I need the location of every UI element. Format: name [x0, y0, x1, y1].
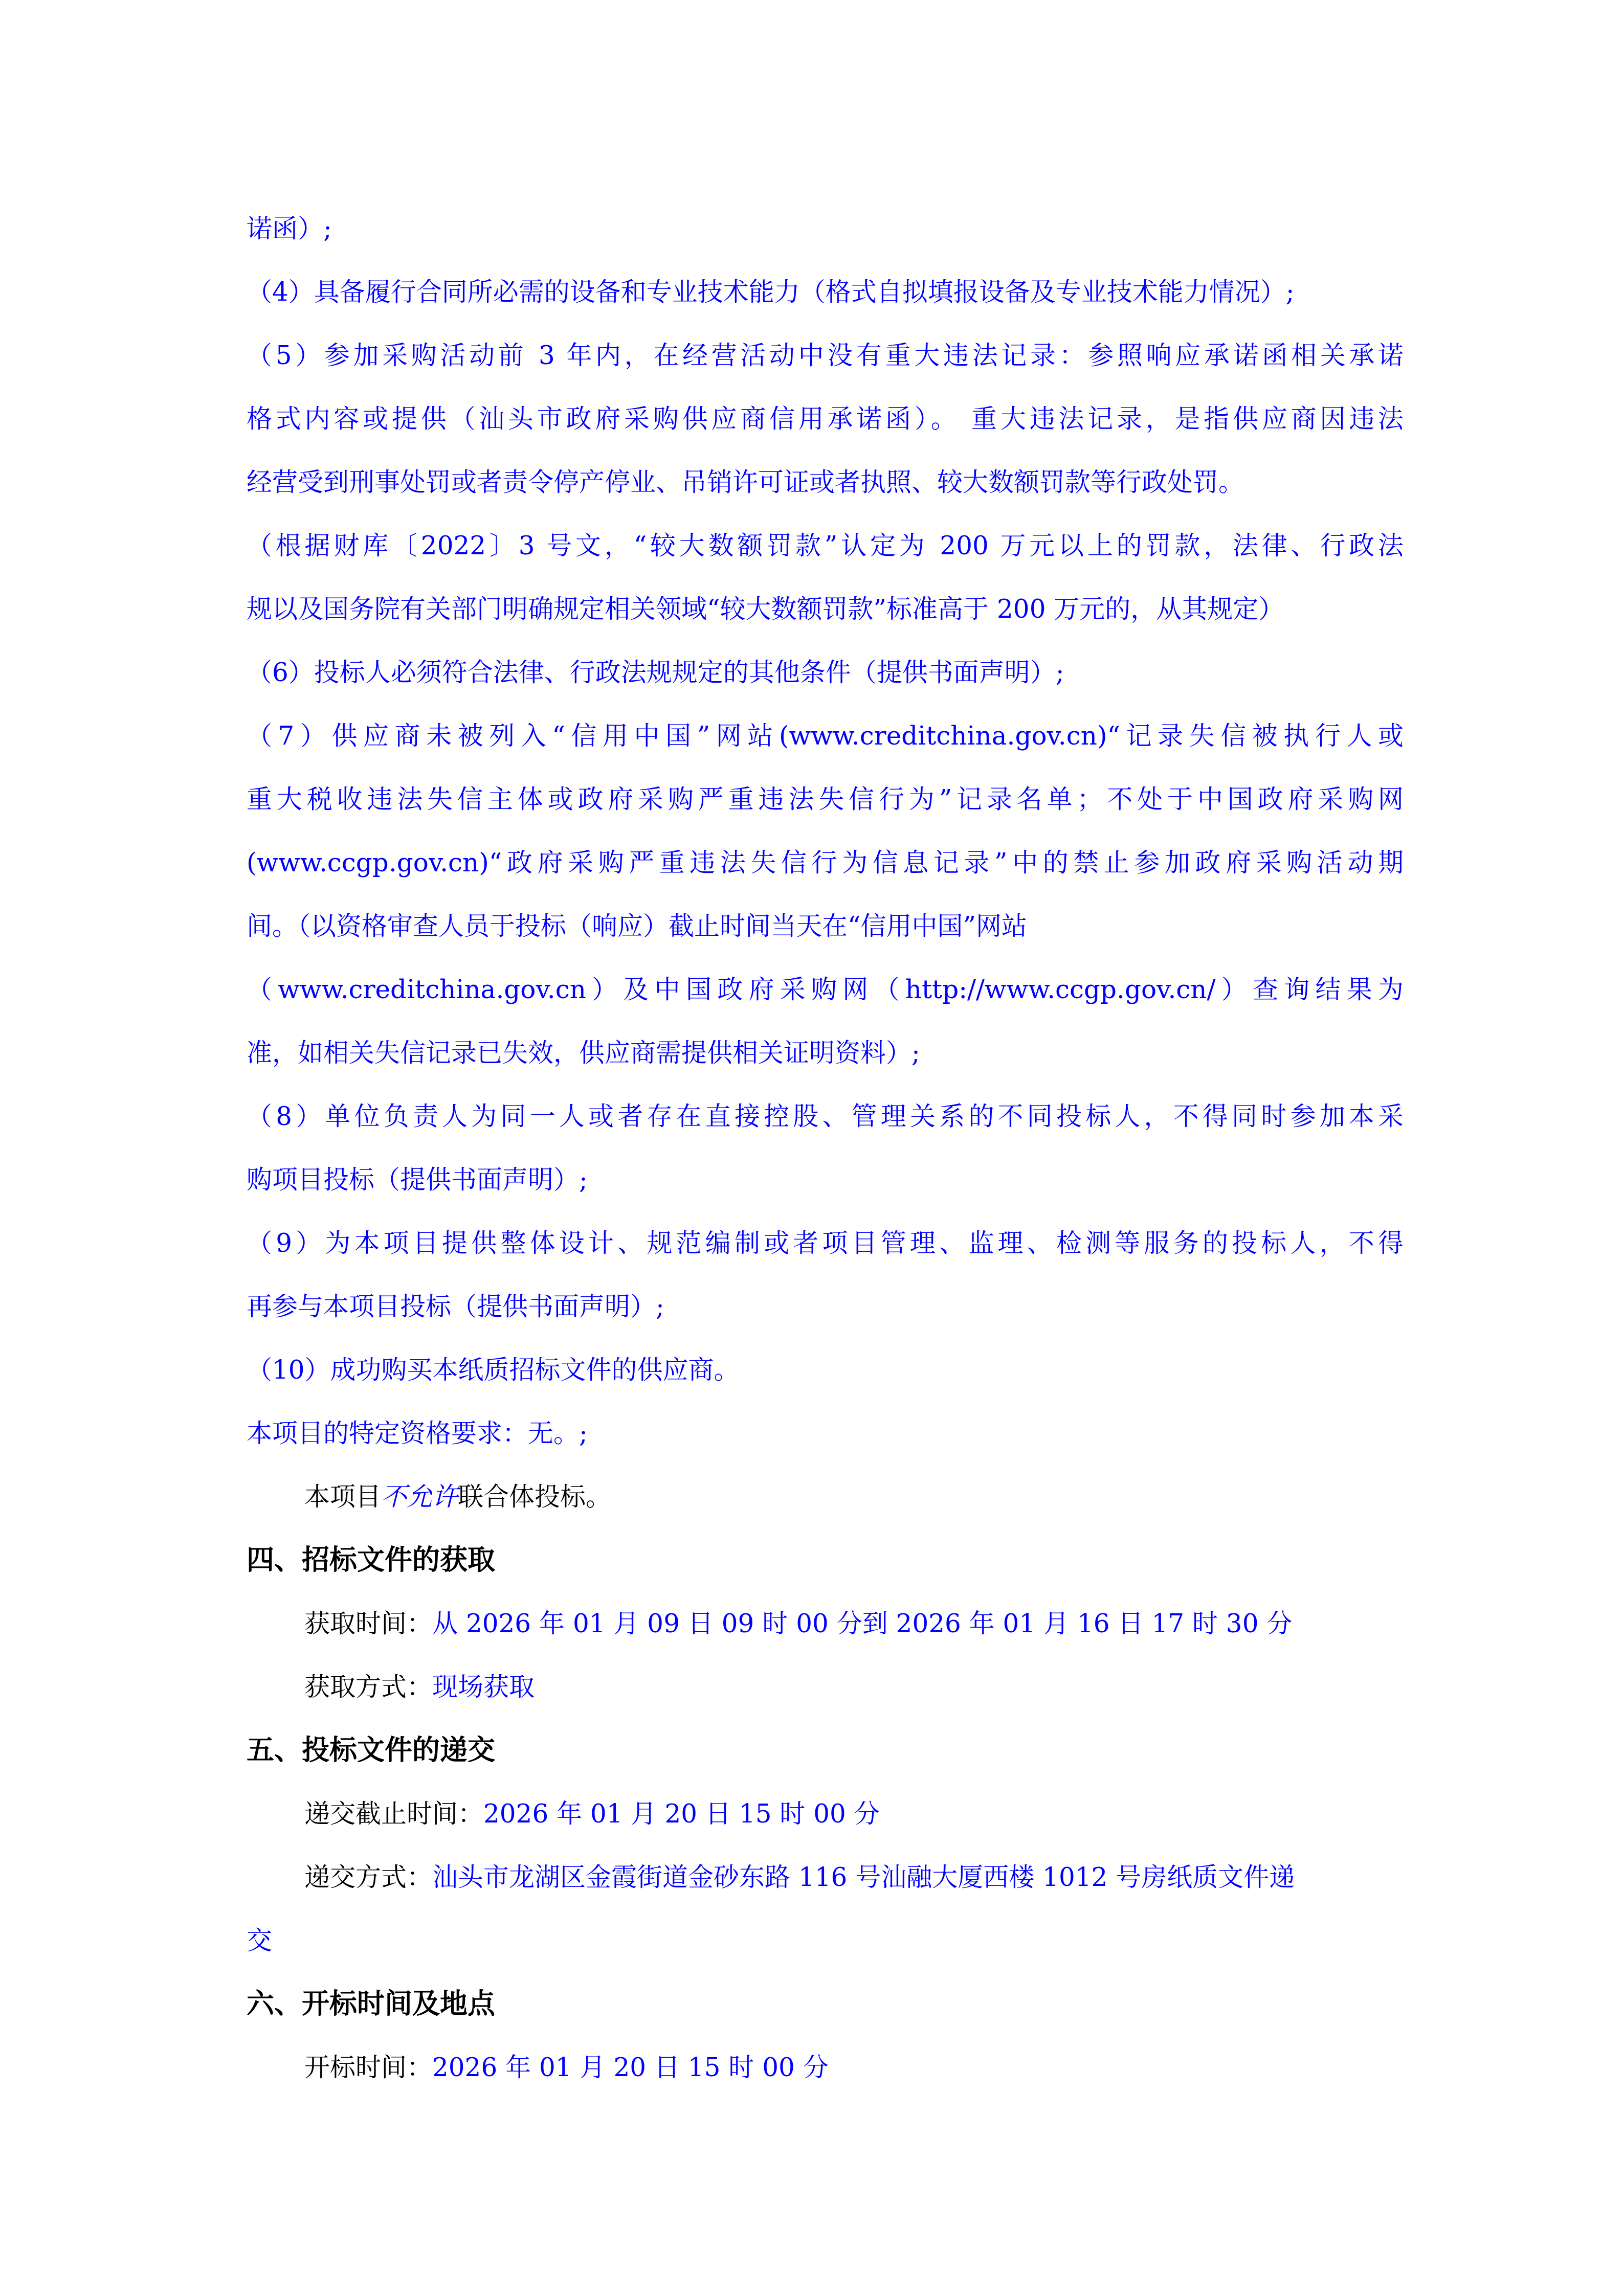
acquisition-method: 获取方式：现场获取: [247, 1669, 1404, 1732]
submission-method: 递交方式：汕头市龙湖区金霞街道金砂东路 116 号汕融大厦西楼 1012 号房纸…: [247, 1859, 1404, 1923]
qualification-line: （www.creditchina.gov.cn）及中国政府采购网（http://…: [247, 972, 1404, 1035]
qualification-line: 重大税收违法失信主体或政府采购严重违法失信行为”记录名单；不处于中国政府采购网: [247, 781, 1404, 845]
qualification-line: 格式内容或提供（汕头市政府采购供应商信用承诺函）。 重大违法记录，是指供应商因违…: [247, 401, 1404, 464]
qualification-item-7: （7）供应商未被列入“信用中国”网站(www.creditchina.gov.c…: [247, 718, 1404, 781]
submission-method-continued: 交: [247, 1923, 1404, 1986]
qualification-line: 购项目投标（提供书面声明）;: [247, 1162, 1404, 1225]
submission-deadline-value: 2026 年 01 月 20 日 15 时 00 分: [483, 1799, 880, 1829]
qualification-line: 经营受到刑事处罚或者责令停产停业、吊销许可证或者执照、较大数额罚款等行政处罚。: [247, 464, 1404, 528]
section-5-title: 五、投标文件的递交: [247, 1732, 1404, 1796]
qualification-item-5: （5）参加采购活动前 3 年内，在经营活动中没有重大违法记录：参照响应承诺函相关…: [247, 337, 1404, 401]
consortium-suffix: 联合体投标。: [458, 1482, 611, 1512]
consortium-value: 不允许: [381, 1482, 458, 1512]
submission-deadline: 递交截止时间：2026 年 01 月 20 日 15 时 00 分: [247, 1796, 1404, 1859]
section-4-title: 四、招标文件的获取: [247, 1542, 1404, 1606]
qualification-line: 间。（以资格审查人员于投标（响应）截止时间当天在“信用中国”网站: [247, 908, 1404, 972]
acquisition-time-label: 获取时间：: [304, 1609, 432, 1638]
consortium-statement: 本项目不允许联合体投标。: [247, 1479, 1404, 1542]
opening-time-value: 2026 年 01 月 20 日 15 时 00 分: [432, 2053, 829, 2082]
submission-deadline-label: 递交截止时间：: [304, 1799, 483, 1829]
acquisition-time-value: 从 2026 年 01 月 09 日 09 时 00 分到 2026 年 01 …: [432, 1609, 1292, 1638]
opening-time-label: 开标时间：: [304, 2053, 432, 2082]
qualification-line: 再参与本项目投标（提供书面声明）;: [247, 1289, 1404, 1352]
qualification-item-10: （10）成功购买本纸质招标文件的供应商。: [247, 1352, 1404, 1415]
acquisition-method-label: 获取方式：: [304, 1672, 432, 1702]
qualification-line: （根据财库〔2022〕3 号文，“较大数额罚款”认定为 200 万元以上的罚款，…: [247, 528, 1404, 591]
qualification-line: 诺函）;: [247, 211, 1404, 274]
qualification-line: (www.ccgp.gov.cn)“政府采购严重违法失信行为信息记录”中的禁止参…: [247, 845, 1404, 908]
qualification-item-9: （9）为本项目提供整体设计、规范编制或者项目管理、监理、检测等服务的投标人，不得: [247, 1225, 1404, 1289]
submission-method-value: 汕头市龙湖区金霞街道金砂东路 116 号汕融大厦西楼 1012 号房纸质文件递: [432, 1862, 1295, 1892]
opening-time: 开标时间：2026 年 01 月 20 日 15 时 00 分: [247, 2050, 1404, 2113]
acquisition-time: 获取时间：从 2026 年 01 月 09 日 09 时 00 分到 2026 …: [247, 1606, 1404, 1669]
qualification-item-4: （4）具备履行合同所必需的设备和专业技术能力（格式自拟填报设备及专业技术能力情况…: [247, 274, 1404, 337]
qualification-item-6: （6）投标人必须符合法律、行政法规规定的其他条件（提供书面声明）;: [247, 655, 1404, 718]
acquisition-method-value: 现场获取: [432, 1672, 535, 1702]
submission-method-label: 递交方式：: [304, 1862, 432, 1892]
document-page: 诺函）; （4）具备履行合同所必需的设备和专业技术能力（格式自拟填报设备及专业技…: [247, 211, 1404, 2113]
qualification-line: 规以及国务院有关部门明确规定相关领域“较大数额罚款”标准高于 200 万元的，从…: [247, 591, 1404, 655]
qualification-line: 准，如相关失信记录已失效，供应商需提供相关证明资料）;: [247, 1035, 1404, 1098]
qualification-item-8: （8）单位负责人为同一人或者存在直接控股、管理关系的不同投标人，不得同时参加本采: [247, 1098, 1404, 1162]
section-6-title: 六、开标时间及地点: [247, 1986, 1404, 2050]
consortium-prefix: 本项目: [304, 1482, 381, 1512]
special-qualification: 本项目的特定资格要求：无。;: [247, 1415, 1404, 1479]
